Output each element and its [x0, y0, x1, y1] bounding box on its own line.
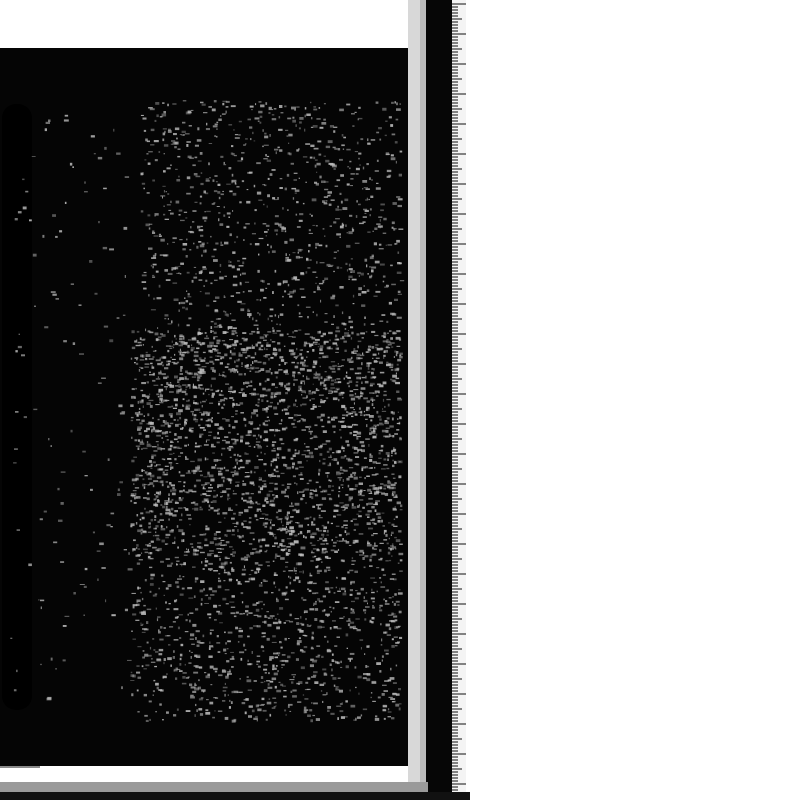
book-cover-photo	[0, 0, 800, 800]
bottom-edge	[0, 792, 470, 800]
ruler-ticks	[0, 0, 800, 800]
